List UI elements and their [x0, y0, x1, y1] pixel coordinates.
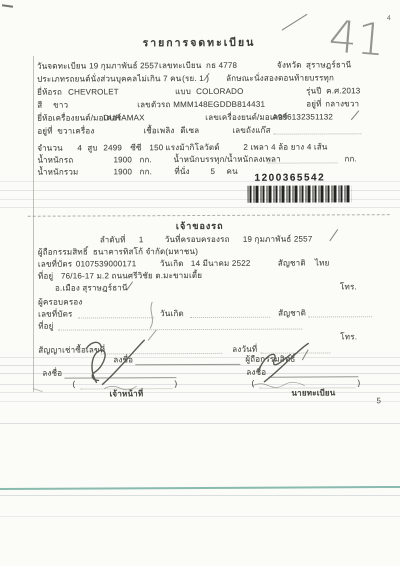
- chassis-label: เลขตัวรถ: [137, 100, 170, 110]
- pen-mark: [329, 229, 338, 241]
- pen-mark: [282, 14, 308, 31]
- year-label: รุ่นปี: [306, 86, 321, 96]
- reg-date-label: วันจดทะเบียน: [37, 61, 86, 71]
- page-number: 5: [376, 396, 380, 405]
- scanned-registration-document: 41 4 รายการจดทะเบียน วันจดทะเบียน 19 กุม…: [0, 0, 400, 566]
- pen-mark: [351, 110, 360, 120]
- sign-label-official: ลงชื่อ: [42, 369, 62, 379]
- province-label: จังหวัด: [277, 61, 302, 71]
- address-label: ที่อยู่: [38, 272, 53, 282]
- color-value: ขาว: [53, 101, 68, 111]
- official-label: เจ้าหน้าที่: [109, 389, 143, 399]
- brand-label: ยี่ห้อรถ: [37, 88, 62, 98]
- model-value: COLORADO: [196, 87, 243, 97]
- document-title: รายการจดทะเบียน: [0, 37, 399, 49]
- gross-weight-value: 1900: [113, 167, 132, 177]
- engine-pos-value: ขวาเครื่อง: [57, 126, 94, 136]
- seats-value: 5: [210, 167, 215, 177]
- chassis-pos-value: กลางขวา: [325, 99, 359, 109]
- possessor-card-label: เลขที่บัตร: [38, 310, 72, 320]
- barcode-number: 1200365542: [255, 173, 326, 183]
- engine-pos-label: อยู่ที่: [37, 127, 52, 137]
- chassis-pos-label: อยู่ที่: [306, 99, 321, 109]
- weight-label: น้ำหนักรถ: [37, 156, 73, 166]
- card-no-label: เลขที่บัตร: [38, 260, 72, 270]
- possessor-label: ผู้ครอบครอง: [38, 298, 82, 308]
- official-signature-scribble: [80, 338, 170, 390]
- holder-label: ผู้ถือกรรมสิทธิ์: [38, 247, 88, 257]
- nationality-value: ไทย: [315, 258, 330, 268]
- weight-value: 1900: [113, 155, 132, 165]
- gas-tank-label: เลขถังแก๊ส: [232, 126, 270, 136]
- weight-unit: กก.: [139, 155, 152, 165]
- hp-unit: แรงม้ากิโลวัตต์: [165, 143, 219, 153]
- paren-close: ): [174, 379, 177, 389]
- engine-brand-value: DURAMAX: [103, 113, 144, 123]
- body-style-label: ลักษณะ: [226, 74, 254, 84]
- nationality-label: สัญชาติ: [278, 259, 306, 269]
- blank-field-line: [273, 133, 361, 134]
- sequence-value: 1: [139, 235, 144, 245]
- type-value: รถยนต์นั่งส่วนบุคคลไม่เกิน 7 คน: [65, 74, 181, 85]
- load-label: น้ำหนักบรรทุก/น้ำหนักลงเพลา: [173, 155, 280, 165]
- birth-date-label: วันเกิด: [160, 259, 184, 269]
- blank-field-line: [267, 162, 337, 163]
- paren-open: (: [72, 380, 75, 390]
- model-label: แบบ: [175, 87, 191, 97]
- color-label: สี: [37, 101, 42, 111]
- province-value: สุราษฎร์ธานี: [306, 60, 351, 70]
- seats-label: ที่นั่ง: [174, 167, 189, 177]
- tel-label: โทร.: [340, 282, 357, 292]
- registrar-label: นายทะเบียน: [291, 388, 335, 398]
- year-value: ค.ศ.2013: [326, 86, 360, 96]
- seats-unit: คน: [226, 167, 237, 177]
- birth-date-value: 14 มีนาคม 2522: [191, 259, 251, 269]
- blank-field-line: [190, 317, 270, 318]
- fuel-label: เชื้อเพลิง: [143, 126, 174, 136]
- gross-weight-label: น้ำหนักรวม: [37, 168, 78, 178]
- perforation-line: [28, 214, 390, 217]
- owner-section-heading: เจ้าของรถ: [0, 220, 400, 232]
- possessor-tel-label: โทร.: [340, 332, 357, 342]
- card-no-value: 0107539000171: [76, 259, 136, 269]
- holder-value: ธนาคารทิสโก้ จำกัด(มหาชน): [93, 247, 198, 257]
- gross-weight-unit: กก.: [139, 167, 152, 177]
- sequence-label: ลำดับที่: [100, 235, 126, 245]
- type-label: ประเภท: [37, 75, 65, 85]
- blank-field-line: [58, 329, 302, 331]
- fuel-value: ดีเซล: [180, 126, 199, 136]
- cylinders-value: 4: [77, 144, 82, 154]
- brand-value: CHEVROLET: [68, 87, 119, 97]
- chassis-value: MMM148EGDDB814431: [173, 100, 265, 110]
- pen-scribble: [140, 298, 170, 340]
- possessor-nationality-label: สัญชาติ: [278, 309, 306, 319]
- registrar-signature-scribble: [248, 339, 323, 389]
- paren-close: ): [357, 378, 360, 388]
- barcode-icon: [248, 185, 352, 202]
- possession-date-value: 19 กุมภาพันธ์ 2557: [243, 235, 313, 245]
- blank-field-line: [308, 316, 372, 317]
- hp-value: 150: [149, 143, 163, 153]
- cc-unit: ซีซี: [130, 143, 141, 153]
- reg-no-label: เลขทะเบียน: [159, 61, 201, 71]
- cylinders-unit: สูบ: [87, 143, 97, 153]
- possession-date-label: วันที่ครอบครองรถ: [165, 235, 230, 245]
- reg-no-value: กธ 4778: [206, 61, 237, 71]
- corner-page-mark: 4: [387, 15, 391, 22]
- possessor-address-label: ที่อยู่: [38, 322, 53, 332]
- cylinders-label: จำนวน: [37, 144, 62, 154]
- engine-no-value: A996132351132: [272, 112, 333, 122]
- reg-date-value: 19 กุมภาพันธ์ 2557: [89, 61, 159, 71]
- axles-value: 2 เพลา 4 ล้อ ยาง 4 เส้น: [243, 142, 327, 152]
- cc-value: 2499: [103, 143, 122, 153]
- address-line2: อ.เมือง สุราษฎร์ธานี: [55, 283, 128, 293]
- body-style-value: นั่งสองตอนท้ายบรรทุก: [254, 73, 334, 83]
- load-unit: กก.: [344, 154, 357, 164]
